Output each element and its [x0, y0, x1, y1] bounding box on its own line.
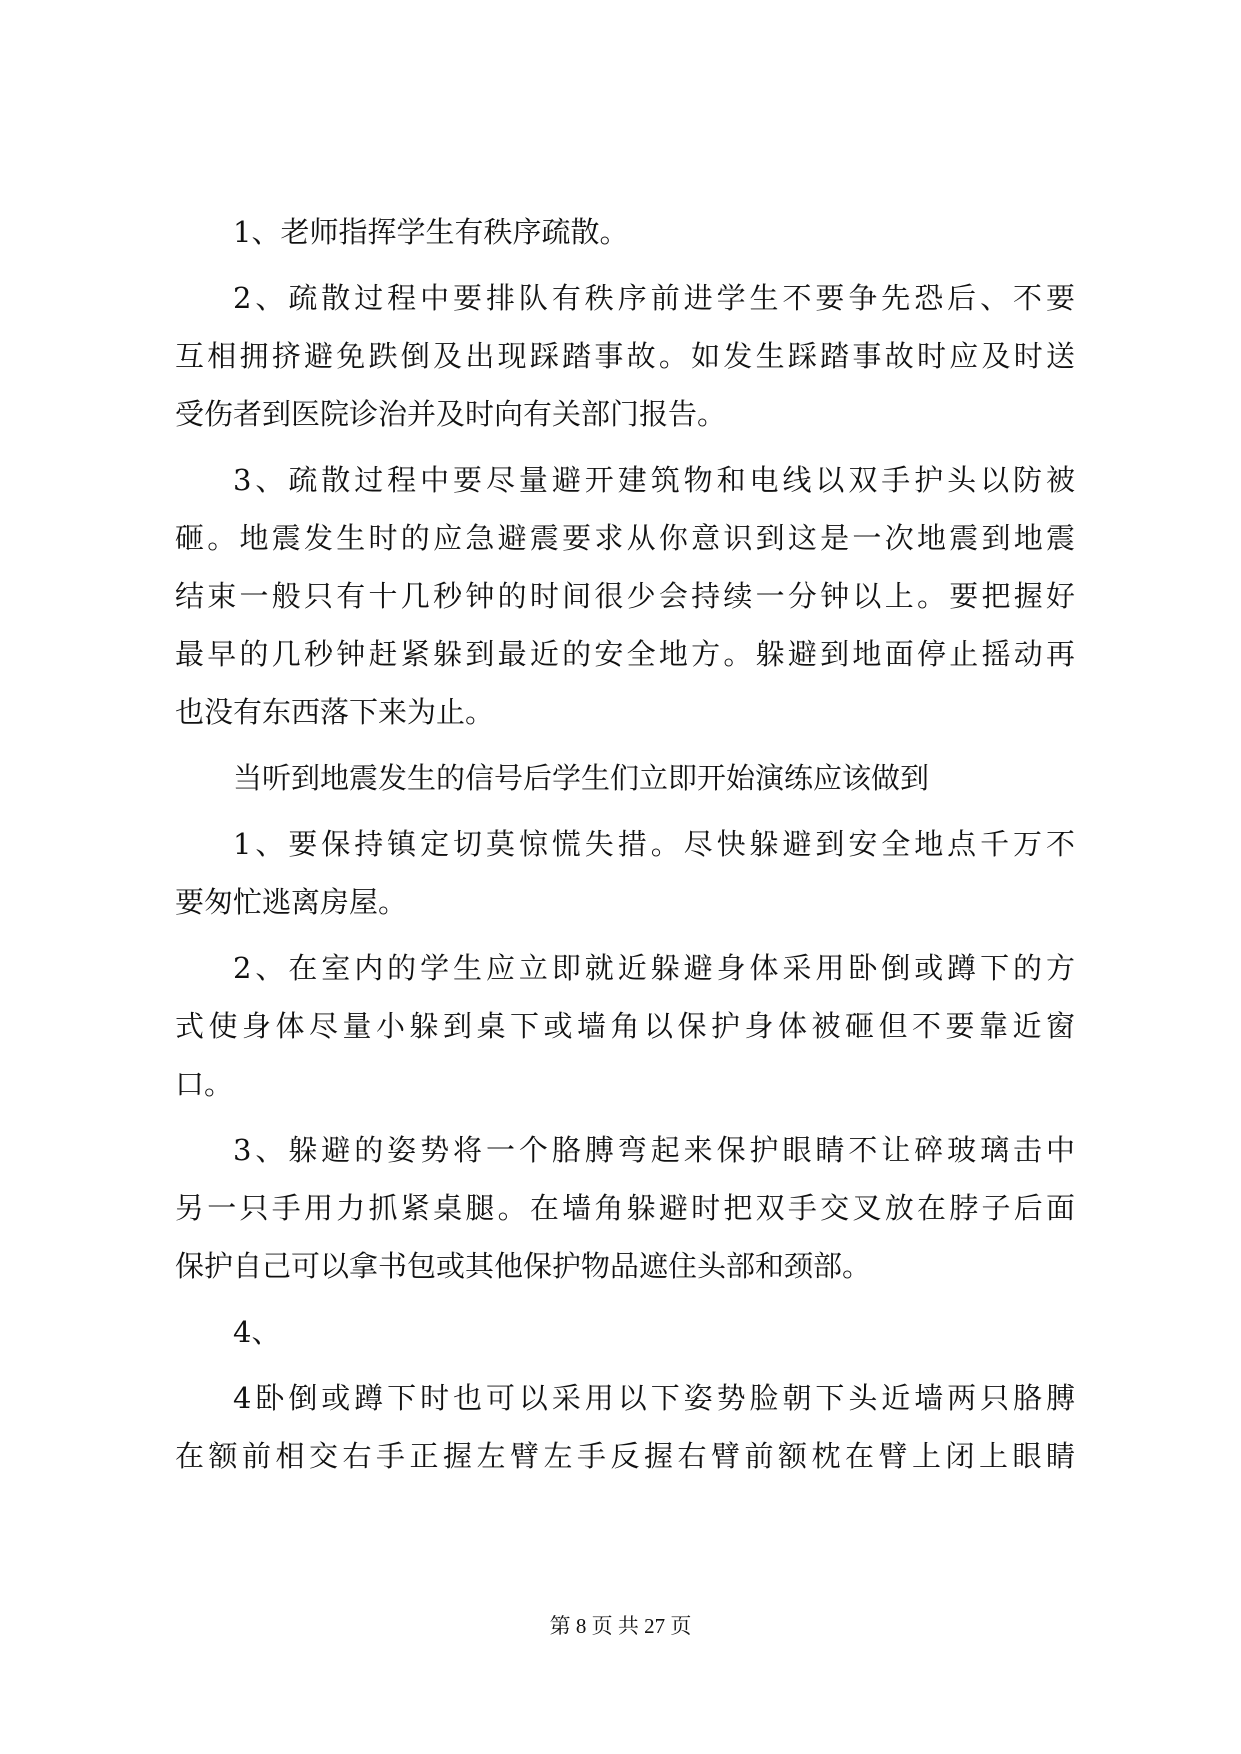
paragraph: 2、在室内的学生应立即就近躲避身体采用卧倒或蹲下的方 式使身体尽量小躲到桌下或墙… — [175, 939, 1075, 1113]
text-line: 另一只手用力抓紧桌腿。在墙角躲避时把双手交叉放在脖子后面 — [175, 1179, 1075, 1237]
text-line: 砸。地震发生时的应急避震要求从你意识到这是一次地震到地震 — [175, 509, 1075, 567]
paragraph: 4、 — [175, 1303, 1075, 1361]
document-page: 1、老师指挥学生有秩序疏散。 2、疏散过程中要排队有秩序前进学生不要争先恐后、不… — [175, 203, 1075, 1485]
text-line: 结束一般只有十几秒钟的时间很少会持续一分钟以上。要把握好 — [175, 567, 1075, 625]
text-line: 当听到地震发生的信号后学生们立即开始演练应该做到 — [175, 749, 1075, 807]
page-number-footer: 第 8 页 共 27 页 — [0, 1610, 1241, 1640]
text-line: 也没有东西落下来为止。 — [175, 683, 1075, 741]
text-line: 受伤者到医院诊治并及时向有关部门报告。 — [175, 385, 1075, 443]
text-line: 式使身体尽量小躲到桌下或墙角以保护身体被砸但不要靠近窗 — [175, 997, 1075, 1055]
text-line: 保护自己可以拿书包或其他保护物品遮住头部和颈部。 — [175, 1237, 1075, 1295]
paragraph: 1、老师指挥学生有秩序疏散。 — [175, 203, 1075, 261]
paragraph: 当听到地震发生的信号后学生们立即开始演练应该做到 — [175, 749, 1075, 807]
text-line: 互相拥挤避免跌倒及出现踩踏事故。如发生踩踏事故时应及时送 — [175, 327, 1075, 385]
text-line: 4卧倒或蹲下时也可以采用以下姿势脸朝下头近墙两只胳膊 — [175, 1369, 1075, 1427]
text-line: 口。 — [175, 1055, 1075, 1113]
paragraph: 4卧倒或蹲下时也可以采用以下姿势脸朝下头近墙两只胳膊 在额前相交右手正握左臂左手… — [175, 1369, 1075, 1485]
text-line: 2、在室内的学生应立即就近躲避身体采用卧倒或蹲下的方 — [175, 939, 1075, 997]
text-line: 3、躲避的姿势将一个胳膊弯起来保护眼睛不让碎玻璃击中 — [175, 1121, 1075, 1179]
text-line: 最早的几秒钟赶紧躲到最近的安全地方。躲避到地面停止摇动再 — [175, 625, 1075, 683]
paragraph: 2、疏散过程中要排队有秩序前进学生不要争先恐后、不要 互相拥挤避免跌倒及出现踩踏… — [175, 269, 1075, 443]
text-line: 4、 — [175, 1303, 1075, 1361]
paragraph: 3、疏散过程中要尽量避开建筑物和电线以双手护头以防被 砸。地震发生时的应急避震要… — [175, 451, 1075, 741]
paragraph: 3、躲避的姿势将一个胳膊弯起来保护眼睛不让碎玻璃击中 另一只手用力抓紧桌腿。在墙… — [175, 1121, 1075, 1295]
text-line: 1、要保持镇定切莫惊慌失措。尽快躲避到安全地点千万不 — [175, 815, 1075, 873]
text-line: 在额前相交右手正握左臂左手反握右臂前额枕在臂上闭上眼睛 — [175, 1427, 1075, 1485]
text-line: 2、疏散过程中要排队有秩序前进学生不要争先恐后、不要 — [175, 269, 1075, 327]
paragraph: 1、要保持镇定切莫惊慌失措。尽快躲避到安全地点千万不 要匆忙逃离房屋。 — [175, 815, 1075, 931]
text-line: 3、疏散过程中要尽量避开建筑物和电线以双手护头以防被 — [175, 451, 1075, 509]
text-line: 要匆忙逃离房屋。 — [175, 873, 1075, 931]
text-line: 1、老师指挥学生有秩序疏散。 — [175, 203, 1075, 261]
